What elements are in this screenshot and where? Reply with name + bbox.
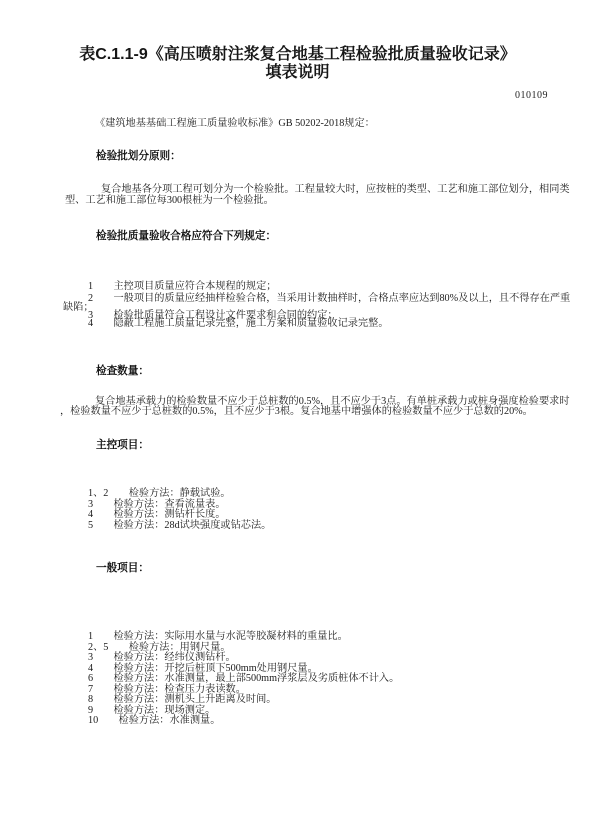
doc-number: 010109 — [515, 90, 548, 101]
standard-reference: 《建筑地基基础工程施工质量验收标准》GB 50202-2018规定： — [95, 118, 375, 129]
list-item: 5 检验方法：28d试块强度或钻芯法。 — [88, 520, 271, 531]
paragraph-line: 型、工艺和施工部位每300根桩为一个检验批。 — [65, 195, 274, 206]
list-item: 8 检验方法：测机头上升距离及时间。 — [88, 694, 276, 705]
paragraph-line: 复合地基各分项工程可划分为一个检验批。工程量较大时，应按桩的类型、工艺和施工部位… — [101, 184, 570, 195]
paragraph-line: ，检验数量不应少于总桩数的0.5%，且不应少于3根。复合地基中增强体的检验数量不… — [60, 406, 533, 417]
page-title-line2: 填表说明 — [0, 64, 595, 82]
section-heading-dominant-items: 主控项目： — [96, 439, 149, 451]
list-item: 1 检验方法：实际用水量与水泥等胶凝材料的重量比。 — [88, 631, 348, 642]
section-heading-general-items: 一般项目： — [96, 562, 149, 574]
list-item: 1、2 检验方法：静载试验。 — [88, 488, 231, 499]
section-heading-acceptance: 检验批质量验收合格应符合下列规定： — [96, 230, 276, 242]
page-title: 表C.1.1-9《高压喷射注浆复合地基工程检验批质量验收记录》 填表说明 — [0, 46, 595, 82]
list-item: 4 检验方法：测钻杆长度。 — [88, 509, 226, 520]
list-item: 4 隐蔽工程施工质量记录完整，施工方案和质量验收记录完整。 — [88, 318, 389, 329]
section-heading-division: 检验批划分原则： — [96, 150, 181, 162]
document-page: 表C.1.1-9《高压喷射注浆复合地基工程检验批质量验收记录》 填表说明 010… — [0, 0, 595, 833]
list-item: 2 一般项目的质量应经抽样检验合格，当采用计数抽样时，合格点率应达到80%及以上… — [88, 293, 570, 304]
section-heading-quantity: 检查数量： — [96, 365, 149, 377]
page-title-line1: 表C.1.1-9《高压喷射注浆复合地基工程检验批质量验收记录》 — [0, 46, 595, 64]
list-item: 3 检验方法：经纬仪测钻杆。 — [88, 652, 236, 663]
list-item: 6 检验方法：水准测量，最上部500mm浮浆层及劣质桩体不计入。 — [88, 673, 399, 684]
list-item: 1 主控项目质量应符合本规程的规定； — [88, 281, 276, 292]
list-item: 10 检验方法：水准测量。 — [88, 715, 220, 726]
